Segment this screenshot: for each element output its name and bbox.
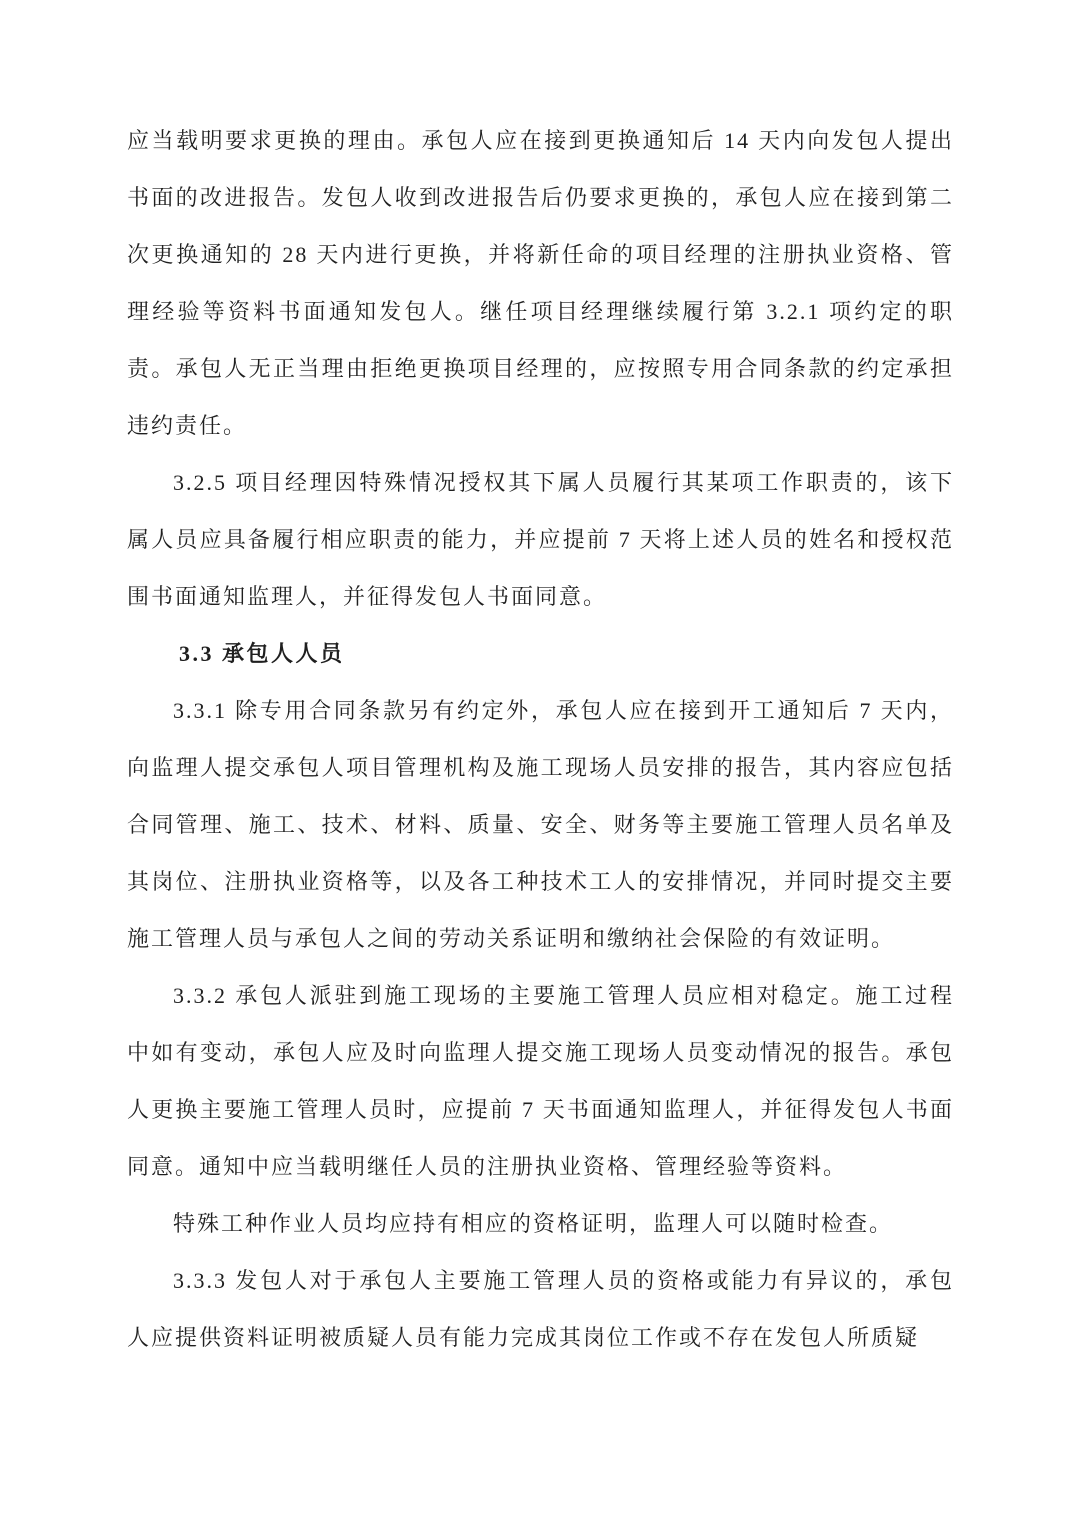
- paragraph-3-2-4-continuation: 应当载明要求更换的理由。承包人应在接到更换通知后 14 天内向发包人提出书面的改…: [127, 112, 954, 454]
- paragraph-special-trades: 特殊工种作业人员均应持有相应的资格证明，监理人可以随时检查。: [127, 1195, 954, 1252]
- paragraph-3-3-1: 3.3.1 除专用合同条款另有约定外，承包人应在接到开工通知后 7 天内，向监理…: [127, 682, 954, 967]
- paragraph-3-3-2: 3.3.2 承包人派驻到施工现场的主要施工管理人员应相对稳定。施工过程中如有变动…: [127, 967, 954, 1195]
- paragraph-3-2-5: 3.2.5 项目经理因特殊情况授权其下属人员履行其某项工作职责的，该下属人员应具…: [127, 454, 954, 625]
- section-heading-3-3: 3.3 承包人人员: [127, 625, 954, 682]
- paragraph-3-3-3: 3.3.3 发包人对于承包人主要施工管理人员的资格或能力有异议的，承包人应提供资…: [127, 1252, 954, 1366]
- document-page: 应当载明要求更换的理由。承包人应在接到更换通知后 14 天内向发包人提出书面的改…: [0, 0, 1074, 1520]
